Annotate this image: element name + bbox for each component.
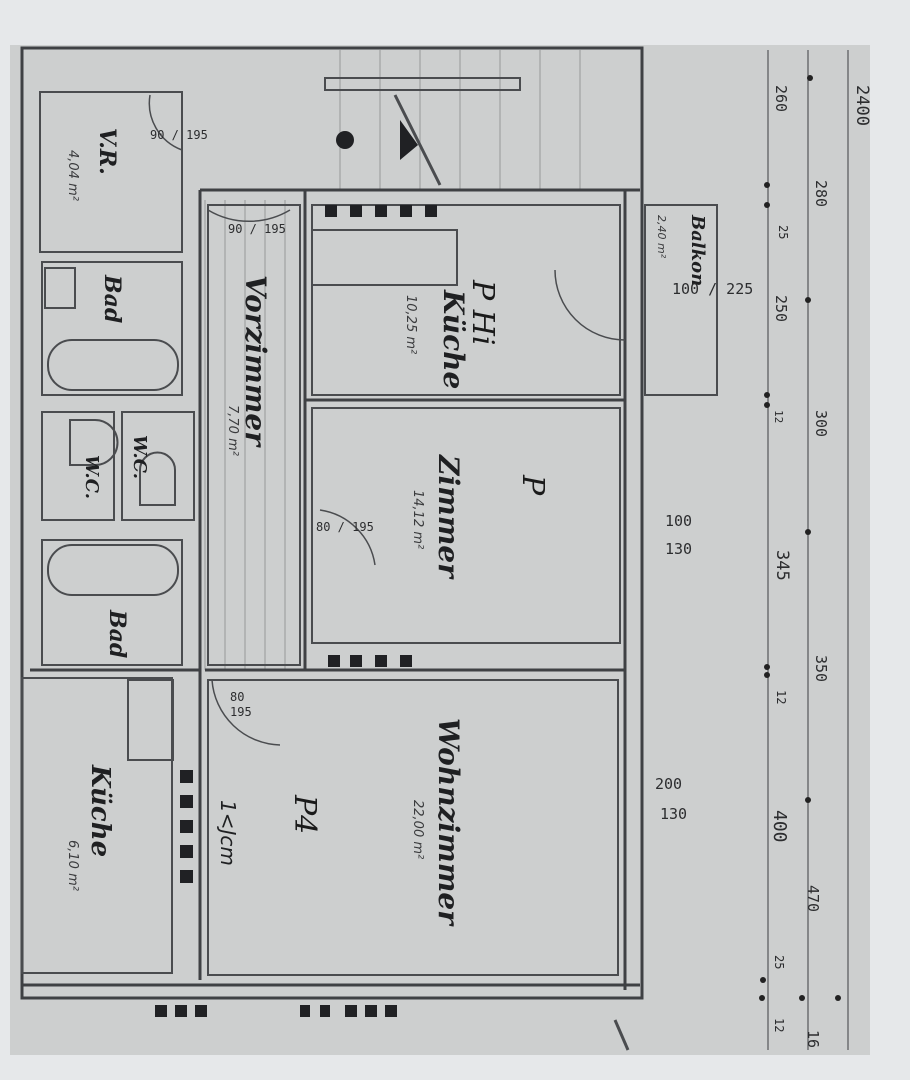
dim-inner-1: 25 xyxy=(776,225,790,239)
wohnzimmer-door-dim-h: 195 xyxy=(230,705,252,719)
dim-outer-2: 350 xyxy=(812,655,830,682)
room-area-balkon: 2,40 m² xyxy=(655,215,668,258)
marker-zimmer: P xyxy=(515,475,550,495)
dim-total: 2400 xyxy=(852,85,872,126)
window-1-width: 100 xyxy=(665,512,692,530)
dim-outer-1: 300 xyxy=(812,410,830,437)
room-label-vorzimmer: Vorzimmer xyxy=(239,275,272,446)
window-2-height: 130 xyxy=(660,805,687,823)
vr-door-dim: 90 / 195 xyxy=(150,128,208,142)
dim-inner-4: 345 xyxy=(772,550,792,581)
marker-kueche-top: P Hi xyxy=(465,280,500,345)
dim-inner-8: 12 xyxy=(772,1018,786,1032)
balkon-door-dim: 100 / 225 xyxy=(672,280,753,298)
zimmer-door-dim: 80 / 195 xyxy=(316,520,374,534)
dim-inner-0: 260 xyxy=(772,85,790,112)
room-label-vr: V.R. xyxy=(94,128,120,175)
wohnzimmer-door-dim: 80 xyxy=(230,690,244,704)
dim-inner-6: 400 xyxy=(769,810,790,843)
dim-outer-0: 280 xyxy=(812,180,830,207)
room-label-bad-bottom: Bad xyxy=(104,610,130,658)
dim-inner-2: 250 xyxy=(772,295,790,322)
room-area-vorzimmer: 7,70 m² xyxy=(225,405,240,456)
room-label-zimmer: Zimmer xyxy=(432,455,465,578)
dim-outer-3: 470 xyxy=(804,885,822,912)
room-label-bad-top: Bad xyxy=(99,275,125,323)
vorzimmer-door-dim: 90 / 195 xyxy=(228,222,286,236)
room-area-zimmer: 14,12 m² xyxy=(410,490,425,549)
dim-outer-4: 16 xyxy=(804,1030,822,1048)
room-area-kueche-bottom: 6,10 m² xyxy=(65,840,80,891)
marker-wohnzimmer: P4 xyxy=(287,795,322,834)
dim-inner-7: 25 xyxy=(772,955,786,969)
room-area-kueche-top: 10,25 m² xyxy=(403,295,418,354)
room-area-vr: 4,04 m² xyxy=(65,150,80,201)
dim-inner-3: 12 xyxy=(772,410,785,423)
window-1-height: 130 xyxy=(665,540,692,558)
window-2-width: 200 xyxy=(655,775,682,793)
room-label-wc-left: W.C. xyxy=(81,455,102,499)
room-label-kueche-bottom: Küche xyxy=(85,765,115,857)
wohnzimmer-note: 1<Jcm xyxy=(216,800,240,866)
room-label-balkon: Balkon xyxy=(687,215,708,286)
dim-inner-5: 12 xyxy=(774,690,788,704)
room-label-wohnzimmer: Wohnzimmer xyxy=(432,718,465,925)
room-area-wohnzimmer: 22,00 m² xyxy=(410,800,425,859)
room-label-wc-right: W.C. xyxy=(129,435,150,479)
